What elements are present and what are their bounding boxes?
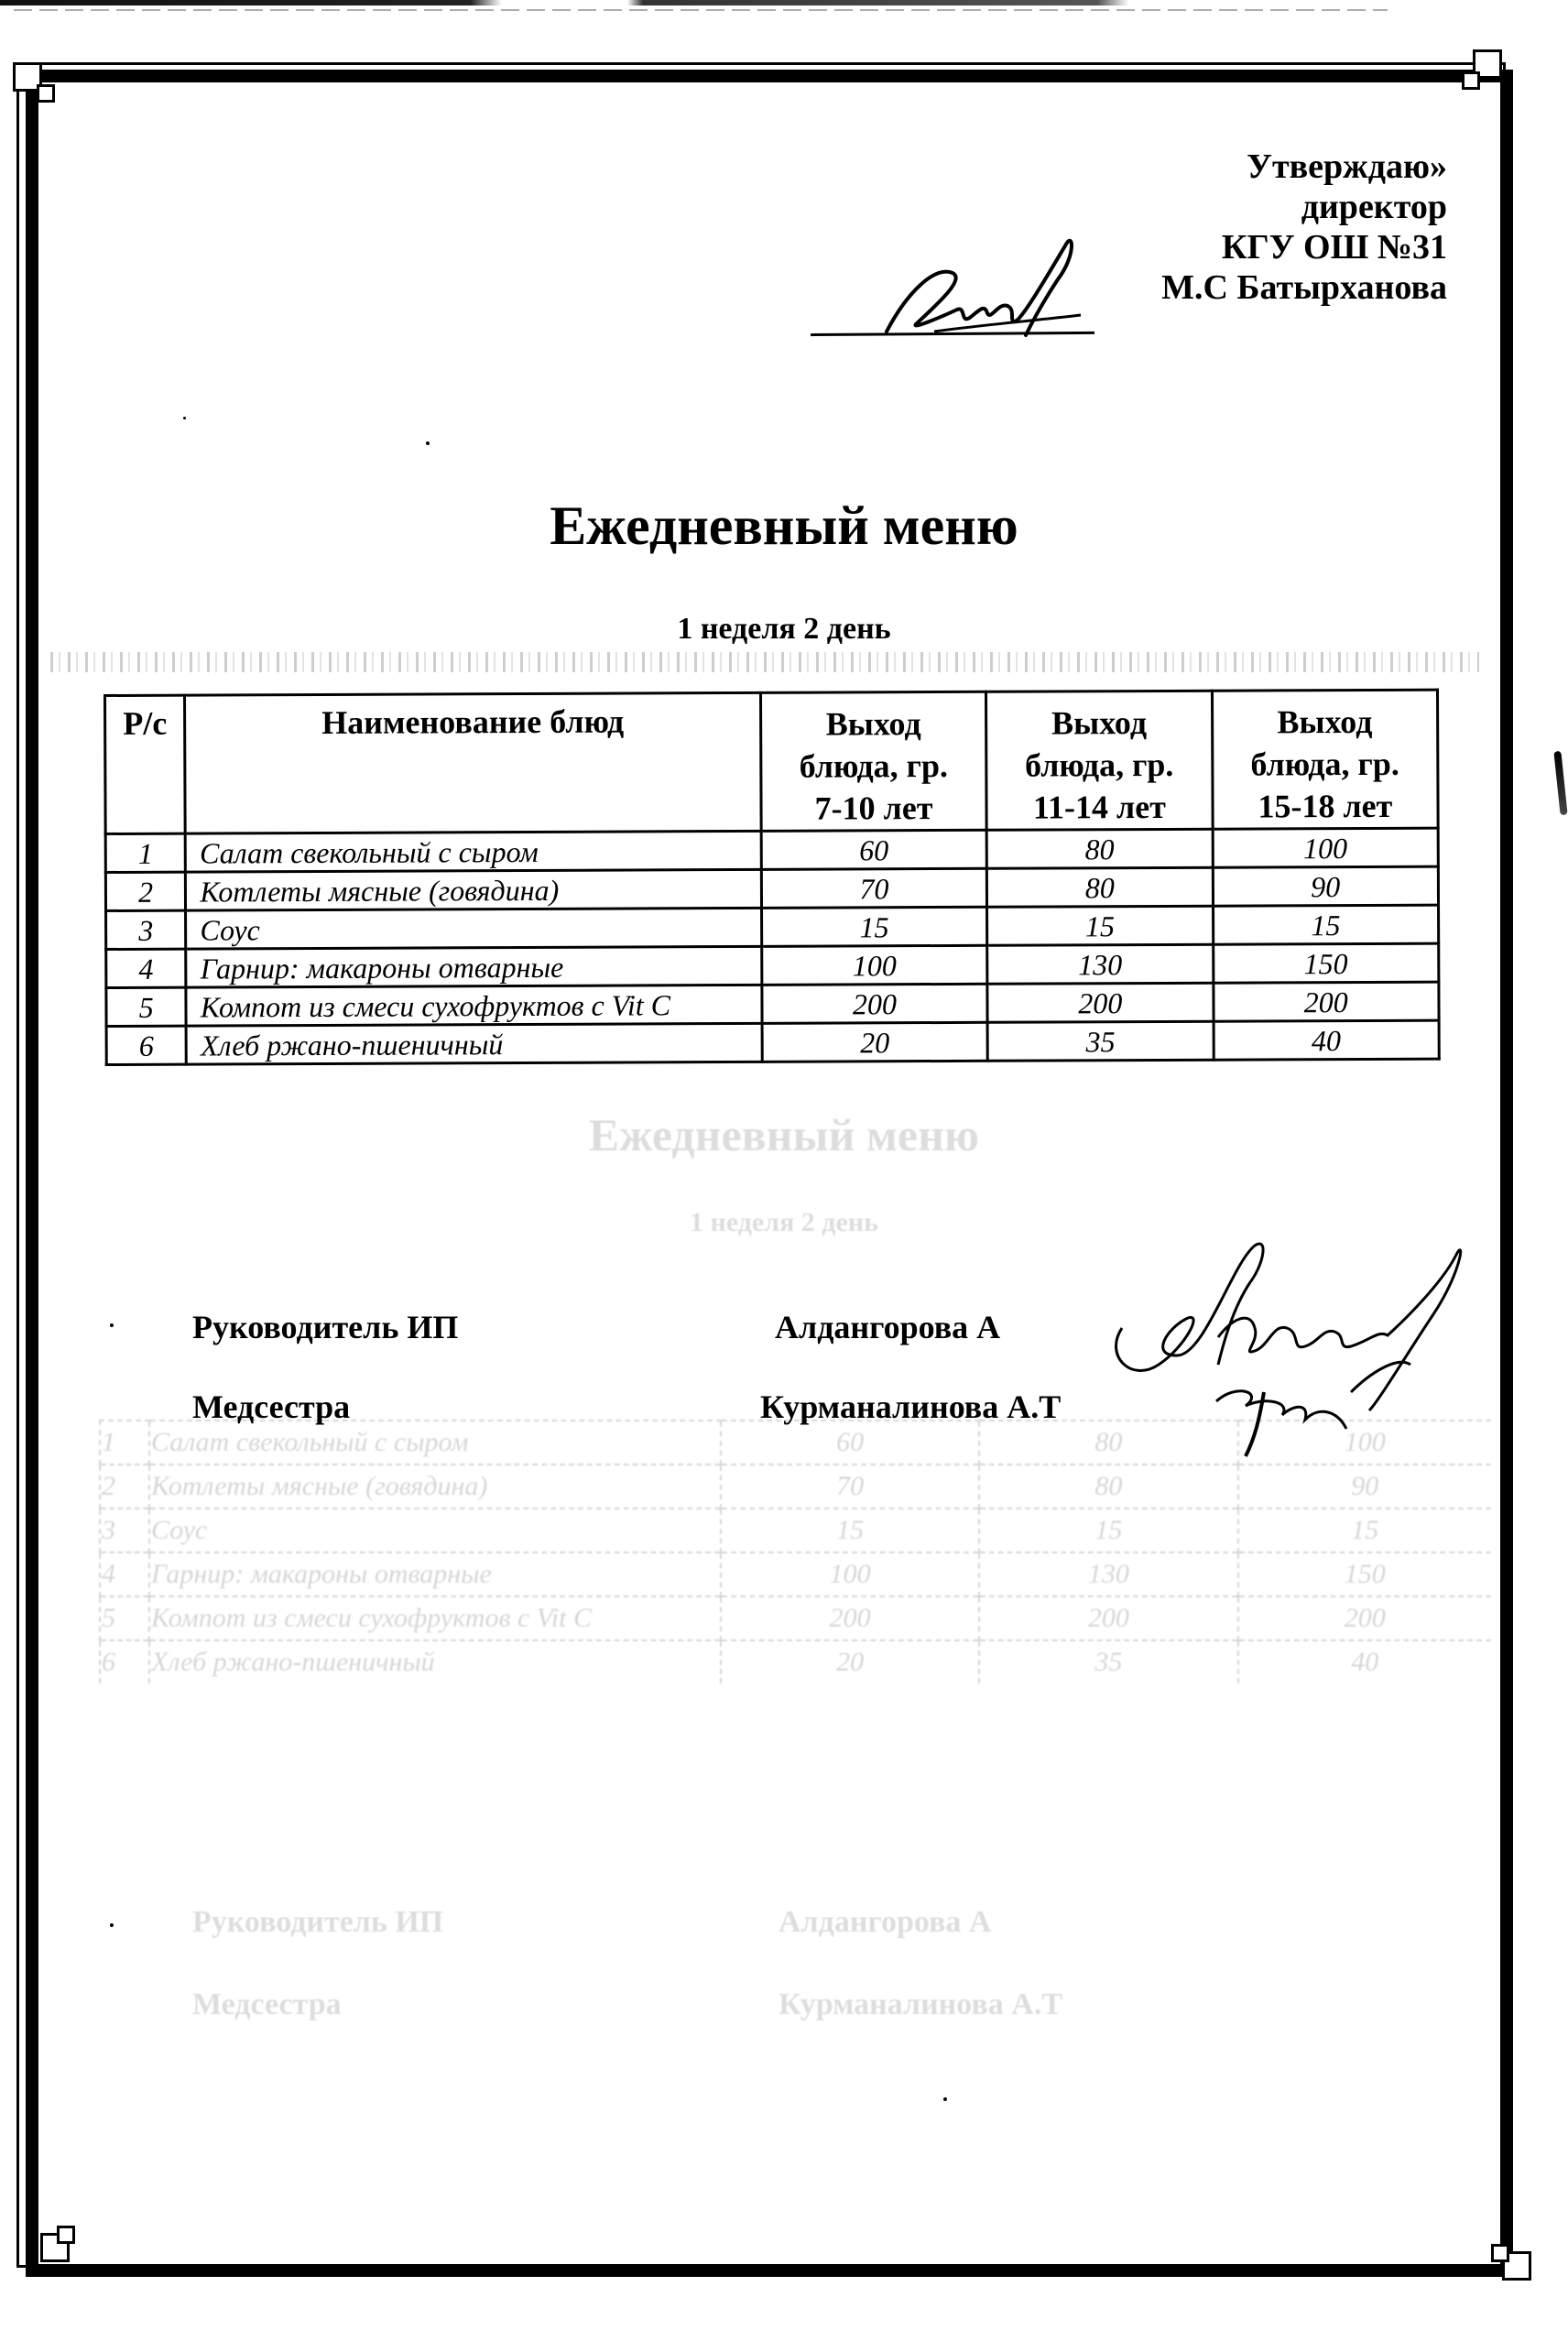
- bleed-through-row: 6Хлеб ржано-пшеничный203540: [100, 1640, 1491, 1683]
- ghost-cell: Хлеб ржано-пшеничный: [149, 1640, 721, 1683]
- output-7-10: 20: [762, 1022, 988, 1062]
- row-num: 4: [106, 949, 187, 987]
- header-text: 15-18 лет: [1214, 785, 1437, 828]
- ghost-cell: 15: [1238, 1508, 1492, 1552]
- output-11-14: 200: [987, 983, 1214, 1022]
- bleed-through-row: 3Соус151515: [100, 1508, 1491, 1552]
- output-7-10: 60: [761, 830, 987, 869]
- table-row: 5 Компот из смеси сухофруктов с Vit C 20…: [106, 982, 1439, 1026]
- page-title: Ежедневный меню: [0, 495, 1568, 558]
- ghost-cell: Соус: [149, 1508, 721, 1552]
- row-num: 6: [106, 1026, 187, 1064]
- ghost-cell: Котлеты мясные (говядина): [149, 1464, 721, 1508]
- header-dish-name: Наименование блюд: [185, 692, 761, 833]
- dish-name: Котлеты мясные (говядина): [186, 869, 762, 910]
- ghost-cell: Компот из смеси сухофруктов с Vit C: [149, 1596, 721, 1640]
- ghost-cell: 15: [721, 1508, 979, 1552]
- output-11-14: 80: [987, 867, 1214, 907]
- bleed-through-row: 2Котлеты мясные (говядина)708090: [100, 1464, 1491, 1508]
- approval-line: Утверждаю»: [1161, 147, 1447, 187]
- scan-artifact: [426, 441, 430, 445]
- ghost-cell: 60: [721, 1421, 979, 1464]
- ghost-cell: Салат свекольный с сыром: [149, 1421, 721, 1464]
- approval-block: Утверждаю» директор КГУ ОШ №31 М.С Батыр…: [1161, 147, 1447, 308]
- output-11-14: 130: [987, 944, 1214, 984]
- header-text: Выход: [762, 702, 985, 746]
- scan-artifact: [183, 417, 186, 419]
- table-row: 6 Хлеб ржано-пшеничный 20 35 40: [106, 1020, 1439, 1064]
- approval-line: директор: [1161, 187, 1447, 227]
- signatory-name: Курманалинова А.Т: [760, 1388, 1061, 1426]
- header-output-15-18: Выход блюда, гр. 15-18 лет: [1212, 690, 1438, 829]
- header-output-11-14: Выход блюда, гр. 11-14 лет: [986, 691, 1213, 830]
- header-text: 7-10 лет: [762, 787, 985, 830]
- ghost-cell: 4: [100, 1552, 149, 1596]
- approval-line: КГУ ОШ №31: [1161, 227, 1447, 267]
- ghost-cell: 20: [721, 1640, 979, 1683]
- ghost-cell: 200: [1238, 1596, 1492, 1640]
- bleed-through-title: Ежедневный меню: [0, 1108, 1568, 1161]
- dish-name: Хлеб ржано-пшеничный: [186, 1023, 762, 1064]
- dish-name: Компот из смеси сухофруктов с Vit C: [186, 985, 762, 1026]
- dish-name: Соус: [186, 908, 762, 949]
- bleed-through-name: Курманалинова А.Т: [779, 1987, 1062, 2022]
- ghost-cell: Гарнир: макароны отварные: [149, 1552, 721, 1596]
- frame-corner-ornament: [57, 2226, 75, 2244]
- output-7-10: 15: [761, 907, 987, 946]
- ghost-cell: 150: [1238, 1552, 1492, 1596]
- output-7-10: 70: [761, 868, 987, 908]
- bleed-through-role: Руководитель ИП: [192, 1905, 443, 1940]
- ghost-cell: 100: [721, 1552, 979, 1596]
- output-7-10: 200: [762, 984, 988, 1023]
- scan-artifact: [110, 1323, 114, 1327]
- ghost-cell: 1: [100, 1421, 149, 1464]
- approval-line: М.С Батырханова: [1161, 267, 1447, 308]
- ghost-cell: 70: [721, 1464, 979, 1508]
- ghost-cell: 200: [721, 1596, 979, 1640]
- ghost-cell: 130: [979, 1552, 1237, 1596]
- output-15-18: 90: [1213, 866, 1439, 906]
- table-row: 4 Гарнир: макароны отварные 100 130 150: [106, 943, 1439, 987]
- dish-name: Салат свекольный с сыром: [186, 831, 762, 872]
- signatory-role: Руководитель ИП: [192, 1308, 458, 1346]
- scan-artifact: [943, 2097, 947, 2101]
- frame-corner-ornament: [1462, 71, 1480, 90]
- ghost-cell: 35: [979, 1640, 1237, 1683]
- director-signature: [879, 229, 1099, 348]
- output-7-10: 100: [762, 945, 988, 985]
- output-15-18: 40: [1214, 1020, 1440, 1060]
- ghost-cell: 90: [1238, 1464, 1492, 1508]
- scan-artifact: [0, 0, 1568, 5]
- scan-artifact: [50, 652, 1479, 672]
- scan-artifact: [1553, 751, 1567, 815]
- ghost-cell: 3: [100, 1508, 149, 1552]
- ghost-cell: 15: [979, 1508, 1237, 1552]
- bleed-through-row: 5Компот из смеси сухофруктов с Vit C2002…: [100, 1596, 1491, 1640]
- output-11-14: 80: [986, 829, 1213, 868]
- header-text: блюда, гр.: [1214, 743, 1437, 786]
- row-num: 5: [106, 987, 187, 1026]
- scan-artifact: [14, 9, 1388, 11]
- row-num: 3: [106, 910, 187, 949]
- ghost-cell: 5: [100, 1596, 149, 1640]
- header-num: Р/с: [105, 695, 186, 833]
- frame-thick-border: [26, 70, 1513, 2277]
- header-text: 11-14 лет: [988, 786, 1212, 829]
- table-row: 2 Котлеты мясные (говядина) 70 80 90: [105, 866, 1438, 910]
- output-11-14: 35: [987, 1021, 1214, 1061]
- signatory-role: Медсестра: [192, 1388, 350, 1426]
- dish-name: Гарнир: макароны отварные: [186, 946, 762, 987]
- header-text: блюда, гр.: [762, 745, 985, 788]
- frame-corner-ornament: [37, 84, 55, 103]
- header-output-7-10: Выход блюда, гр. 7-10 лет: [760, 691, 986, 831]
- header-text: блюда, гр.: [987, 744, 1211, 787]
- ghost-cell: 80: [979, 1464, 1237, 1508]
- ghost-cell: 2: [100, 1464, 149, 1508]
- page-subtitle: 1 неделя 2 день: [0, 612, 1568, 647]
- header-text: Выход: [1214, 701, 1437, 744]
- output-11-14: 15: [987, 906, 1214, 945]
- bleed-through-row: 4Гарнир: макароны отварные100130150: [100, 1552, 1491, 1596]
- table-header-row: Р/с Наименование блюд Выход блюда, гр. 7…: [105, 690, 1439, 833]
- table-row: 3 Соус 15 15 15: [106, 905, 1439, 949]
- bleed-through-name: Алдангорова А: [779, 1905, 992, 1940]
- output-15-18: 200: [1213, 982, 1439, 1021]
- output-15-18: 100: [1213, 828, 1439, 867]
- ghost-cell: 40: [1238, 1640, 1492, 1683]
- header-text: Выход: [987, 702, 1211, 745]
- signatory-name: Алдангорова А: [775, 1308, 1000, 1346]
- ghost-cell: 6: [100, 1640, 149, 1683]
- output-15-18: 150: [1213, 943, 1439, 983]
- nurse-signature: [1209, 1365, 1392, 1465]
- row-num: 1: [105, 833, 186, 872]
- table-row: 1 Салат свекольный с сыром 60 80 100: [105, 828, 1438, 872]
- output-15-18: 15: [1213, 905, 1439, 944]
- ghost-cell: 200: [979, 1596, 1237, 1640]
- bleed-through-role: Медсестра: [192, 1987, 342, 2022]
- menu-table: Р/с Наименование блюд Выход блюда, гр. 7…: [103, 689, 1441, 1066]
- row-num: 2: [105, 872, 186, 910]
- scan-artifact: [110, 1923, 114, 1927]
- frame-corner-ornament: [1491, 2244, 1509, 2262]
